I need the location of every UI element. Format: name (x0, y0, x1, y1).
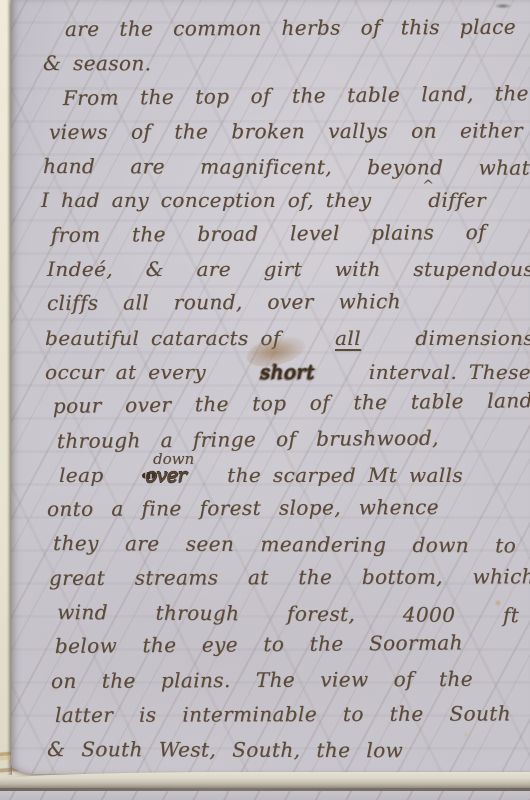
manuscript-line: views of the broken vallys on either (49, 113, 523, 149)
next-page-edge (0, 791, 530, 800)
manuscript-text: are the common herbs of this place & sea… (39, 12, 524, 767)
manuscript-line: below the eye to the Soormah (55, 626, 463, 664)
line-text: I had any conception of, they (41, 183, 371, 217)
manuscript-line: from the broad level plains of (51, 215, 486, 252)
line-text: occur at every (45, 355, 206, 389)
ink-blot-word: short (260, 355, 315, 389)
underlined-word: all (335, 321, 361, 355)
manuscript-line: onto a fine forest slope, whence (47, 490, 439, 526)
inserted-word-above-line: down (153, 442, 194, 476)
caret-word-group: ^ differ (428, 183, 486, 217)
manuscript-line: are the common herbs of this place (65, 10, 516, 47)
manuscript-scan: are the common herbs of this place & sea… (0, 0, 530, 800)
manuscript-line: hand are magnificent, beyond what (43, 149, 530, 185)
manuscript-line: pour over the top of the table land (53, 383, 530, 423)
struck-word-group: over down (145, 458, 186, 492)
line-text: the scarped Mt walls (227, 458, 463, 492)
manuscript-page: are the common herbs of this place & sea… (11, 0, 530, 774)
page-bottom-curled-edge (0, 772, 530, 788)
line-text: dimensions (415, 321, 530, 355)
caret-insertion-mark: ^ (422, 169, 434, 203)
manuscript-line: latter is interminable to the South (55, 696, 511, 732)
manuscript-line: through a fringe of brushwood, (57, 420, 439, 458)
manuscript-line: cliffs all round, over which (47, 285, 401, 321)
manuscript-line: I had any conception of, they ^ differ (41, 183, 486, 217)
manuscript-line: on the plains. The view of the (51, 661, 473, 698)
manuscript-line: they are seen meandering down to (53, 526, 516, 563)
manuscript-line: & South West, South, the low (47, 732, 403, 768)
line-text: beautiful cataracts of (45, 321, 281, 355)
line-text: leap (59, 458, 104, 492)
line-text: differ (428, 188, 486, 212)
manuscript-line: Indeé, & are girt with stupendous (47, 252, 530, 286)
manuscript-line: leap over down the scarped Mt walls (59, 458, 463, 492)
manuscript-line: great streams at the bottom, which (49, 559, 530, 595)
manuscript-line: From the top of the table land, the (63, 76, 529, 115)
